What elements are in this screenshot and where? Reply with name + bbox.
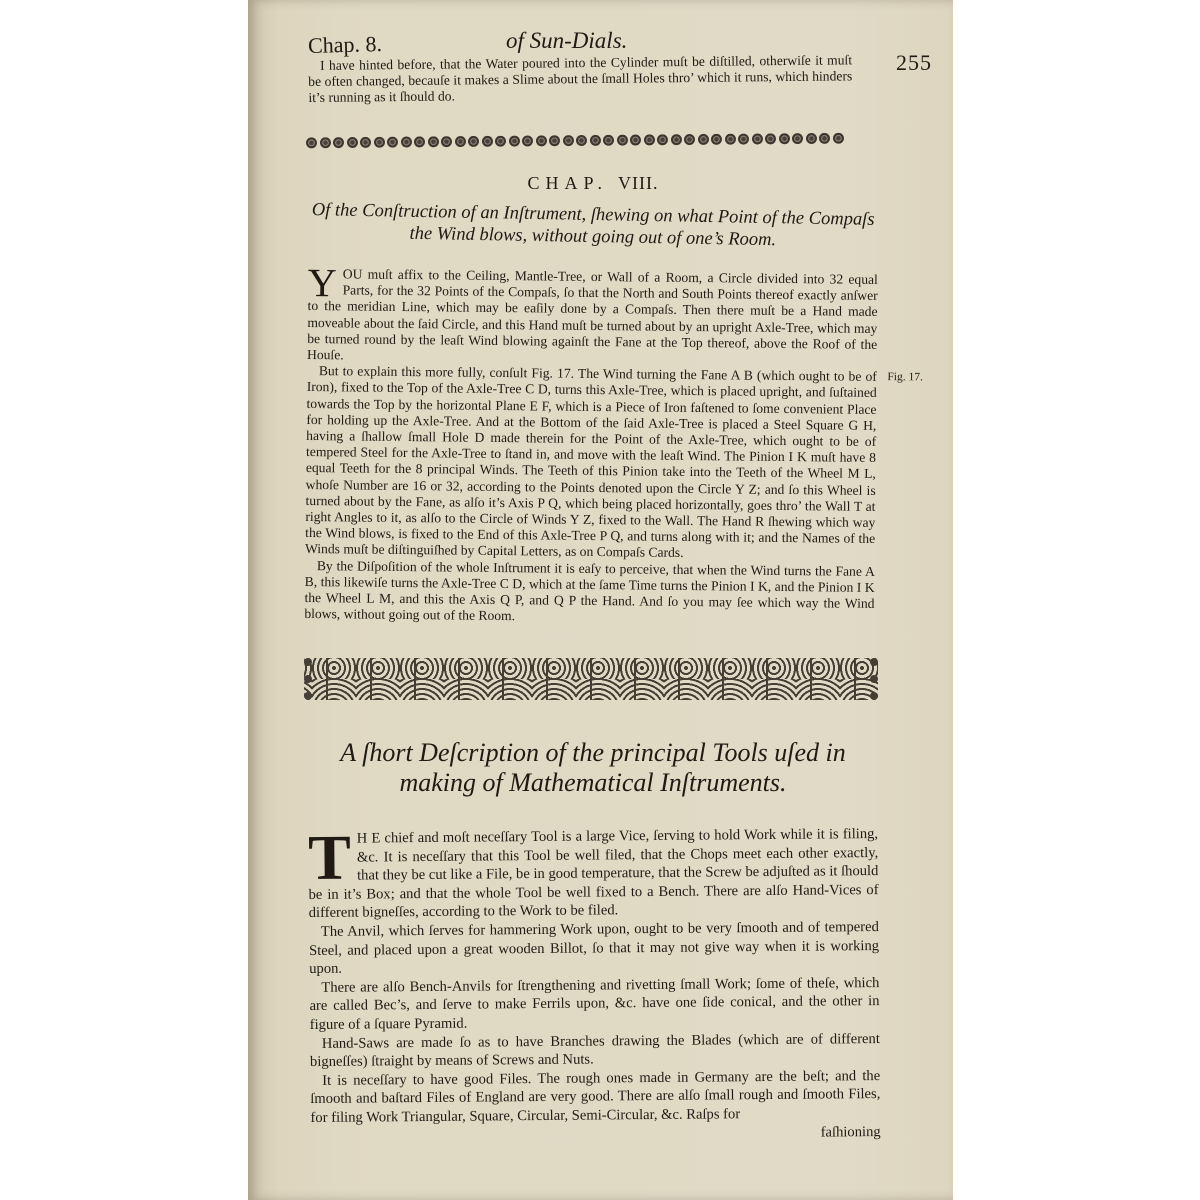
fleuron-icon [441,136,452,147]
fleuron-icon [670,134,681,145]
fleuron-icon [589,134,600,145]
intro-section: I have hinted before, that the Water pou… [308,52,852,106]
fleuron-icon [832,132,843,143]
tools-paragraph: There are alſo Bench-Anvils for ſtrength… [309,974,879,1035]
fleuron-icon [805,133,816,144]
fleuron-icon [562,135,573,146]
fleuron-icon [400,136,411,147]
fleuron-icon [778,133,789,144]
chapter-subtitle: Of the Conſtruction of an Inſtrument, ſh… [308,199,879,253]
chapter-paragraph: But to explain this more fully, conſult … [305,363,877,563]
fleuron-icon [711,133,722,144]
fleuron-icon [657,134,668,145]
drop-cap-t: T [308,834,351,882]
fleuron-icon [535,135,546,146]
tools-paragraph: TH E chief and moſt neceſſary Tool is a … [308,825,879,923]
chapter-heading: CHAP.VIII. [308,173,878,194]
fleuron-icon [414,136,425,147]
paragraph-text: OU muſt affix to the Ceiling, Mantle-Tre… [307,266,878,362]
fleuron-icon [643,134,654,145]
intro-paragraph: I have hinted before, that the Water pou… [308,52,852,106]
fleuron-icon [603,134,614,145]
fleuron-icon [319,137,330,148]
fleuron-icon [697,133,708,144]
fleuron-icon [616,134,627,145]
running-head-title: of Sun-Dials. [506,28,627,54]
page-number: 255 [896,50,932,76]
fleuron-icon [427,136,438,147]
fleuron-icon [792,133,803,144]
figure-margin-note: Fig. 17. [887,371,923,383]
fleuron-icon [630,134,641,145]
tools-section-body: TH E chief and moſt neceſſary Tool is a … [308,825,881,1146]
fleuron-icon [549,135,560,146]
chapter-paragraph: By the Diſpoſition of the whole Inſtrume… [304,557,875,628]
fleuron-icon [522,135,533,146]
lace-band-ornament [304,658,878,700]
page-content: Chap. 8. of Sun-Dials. 255 I have hinted… [308,24,878,1146]
fleuron-icon [765,133,776,144]
tools-paragraph: Hand-Saws are made ſo as to have Branche… [310,1030,880,1072]
fleuron-icon [468,135,479,146]
chapter-paragraph: YOU muſt affix to the Ceiling, Mantle-Tr… [307,266,878,369]
book-page: Chap. 8. of Sun-Dials. 255 I have hinted… [248,0,953,1200]
fleuron-icon [387,136,398,147]
tools-paragraph: It is neceſſary to have good Files. The … [310,1067,880,1128]
running-head-chapter: Chap. 8. [308,31,383,59]
fleuron-icon [306,137,317,148]
fleuron-icon [819,132,830,143]
paragraph-text: H E chief and moſt neceſſary Tool is a l… [308,826,878,921]
fleuron-icon [346,137,357,148]
fleuron-icon [684,134,695,145]
section-title: A ſhort Deſcription of the principal Too… [308,738,878,798]
chapter-body: Fig. 17. YOU muſt affix to the Ceiling, … [304,266,878,628]
fleuron-icon [360,136,371,147]
fleuron-icon [576,135,587,146]
fleuron-icon [738,133,749,144]
tools-paragraph: The Anvil, which ſerves for hammering Wo… [309,918,879,979]
drop-cap-y: Y [308,268,337,298]
fleuron-rule-ornament [306,132,854,153]
fleuron-icon [373,136,384,147]
running-head: Chap. 8. of Sun-Dials. 255 [308,24,878,56]
chapter-heading-number: VIII. [618,173,658,193]
fleuron-icon [508,135,519,146]
fleuron-icon [751,133,762,144]
fleuron-icon [333,137,344,148]
fleuron-icon [454,136,465,147]
chapter-heading-label: CHAP. [527,173,608,193]
fleuron-icon [724,133,735,144]
fleuron-icon [495,135,506,146]
fleuron-icon [481,135,492,146]
